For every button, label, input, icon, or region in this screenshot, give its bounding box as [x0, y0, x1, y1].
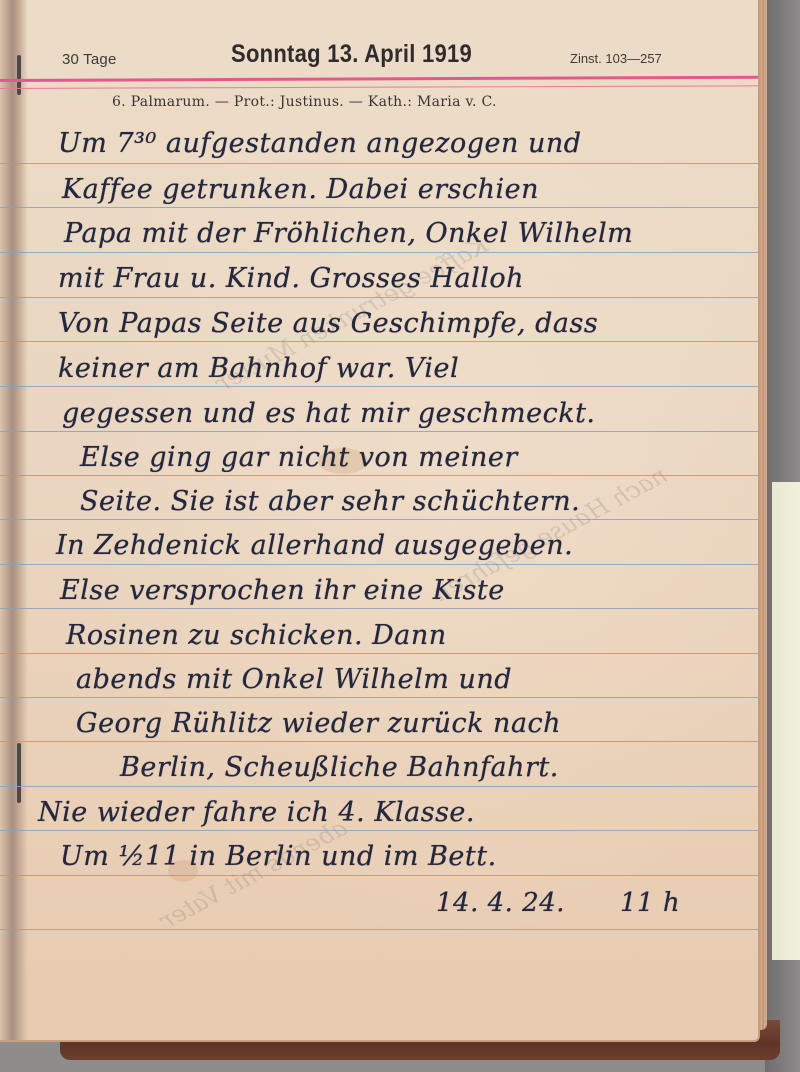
handwritten-line: Um ½11 in Berlin und im Bett.	[60, 841, 497, 872]
handwritten-line: abends mit Onkel Wilhelm und	[76, 664, 512, 695]
entry-signature-date: 14. 4. 24.	[436, 888, 565, 918]
ruled-line	[0, 163, 758, 164]
ruled-line	[0, 786, 758, 787]
page-gutter	[0, 0, 28, 1040]
handwritten-line: Else ging gar nicht von meiner	[80, 442, 518, 473]
entry-signature-time: 11 h	[620, 888, 680, 918]
ruled-line	[0, 207, 758, 208]
page-header: 30 Tage Sonntag 13. April 1919 Zinst. 10…	[0, 38, 758, 72]
handwritten-line: Seite. Sie ist aber sehr schüchtern.	[80, 486, 580, 517]
handwritten-line: Berlin, Scheußliche Bahnfahrt.	[120, 752, 559, 783]
ruled-line	[0, 564, 758, 565]
ruled-line	[0, 653, 758, 654]
interest-label: Zinst. 103—257	[570, 51, 662, 66]
handwritten-line: gegessen und es hat mir geschmeckt.	[62, 398, 596, 429]
ruled-line	[0, 741, 758, 742]
pink-header-rule-thin	[0, 85, 760, 89]
ruled-line	[0, 341, 758, 342]
handwritten-line: Kaffee getrunken. Dabei erschien	[62, 174, 539, 205]
handwritten-line: Georg Rühlitz wieder zurück nach	[76, 708, 561, 739]
days-remaining-label: 30 Tage	[62, 51, 117, 68]
ruled-line	[0, 697, 758, 698]
saints-day-line: 6. Palmarum. — Prot.: Justinus. — Kath.:…	[112, 94, 497, 110]
ruled-line	[0, 386, 758, 387]
handwritten-line: Um 7³⁰ aufgestanden angezogen und	[58, 128, 582, 159]
handwritten-line: mit Frau u. Kind. Grosses Halloh	[58, 263, 524, 294]
handwritten-line: Nie wieder fahre ich 4. Klasse.	[38, 797, 475, 828]
paper-slip	[772, 482, 800, 960]
ruled-line	[0, 830, 758, 831]
ruled-line	[0, 929, 758, 930]
diary-page: Kaffee getrunken Mutter nach Hause gefah…	[0, 0, 760, 1042]
ruled-line	[0, 519, 758, 520]
ruled-line	[0, 252, 758, 253]
pink-header-rule	[0, 76, 760, 82]
handwritten-line: Else versprochen ihr eine Kiste	[60, 575, 505, 606]
date-title: Sonntag 13. April 1919	[231, 40, 472, 69]
ruled-line	[0, 431, 758, 432]
handwritten-line: Papa mit der Fröhlichen, Onkel Wilhelm	[64, 218, 633, 249]
handwritten-line: keiner am Bahnhof war. Viel	[58, 353, 459, 384]
gutter-mark	[17, 743, 21, 803]
ruled-line	[0, 297, 758, 298]
ruled-line	[0, 608, 758, 609]
ruled-line	[0, 475, 758, 476]
ruled-line	[0, 875, 758, 876]
handwritten-line: Rosinen zu schicken. Dann	[66, 620, 447, 651]
handwritten-line: Von Papas Seite aus Geschimpfe, dass	[58, 308, 598, 339]
handwritten-line: In Zehdenick allerhand ausgegeben.	[56, 530, 573, 561]
